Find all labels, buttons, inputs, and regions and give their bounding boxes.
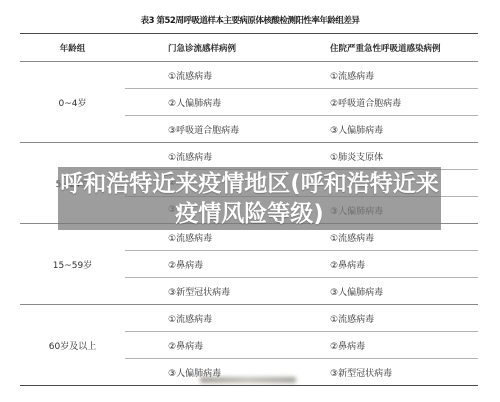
sub-row: ①流感病毒 ①流感病毒 <box>125 62 478 89</box>
col-header-age-group: 年龄组 <box>20 42 125 54</box>
sub-row: ①流感病毒 ①肺炎支原体 <box>125 143 478 170</box>
pathogen-cell: ②鼻病毒 <box>125 339 330 352</box>
sub-row: ②鼻病毒 ②鼻病毒 <box>125 251 478 278</box>
sub-row: ③呼吸道合胞病毒 ③人偏肺病毒 <box>125 116 478 142</box>
watermark-banner: 呼和浩特近来疫情地区(呼和浩特近来 疫情风险等级) <box>58 167 441 230</box>
pathogen-cell: ③呼吸道合胞病毒 <box>125 123 330 136</box>
pathogen-cell: ①流感病毒 <box>125 231 330 244</box>
pathogen-cell: ②鼻病毒 <box>330 339 478 352</box>
sub-row: ①流感病毒 ①流感病毒 <box>125 305 478 332</box>
pathogen-cell: ①流感病毒 <box>125 150 330 163</box>
pathogen-cell: ③新型冠状病毒 <box>125 285 330 298</box>
pathogen-cell: ①流感病毒 <box>330 69 478 82</box>
age-group-label: 15~59岁 <box>20 224 125 304</box>
pathogen-cell: ③新型冠状病毒 <box>330 366 478 379</box>
sub-row: ②鼻病毒 ②鼻病毒 <box>125 332 478 359</box>
sub-row: ③人偏肺病毒 ③新型冠状病毒 <box>125 359 478 385</box>
table-row: 0~4岁 ①流感病毒 ①流感病毒 ②人偏肺病毒 ②呼吸道合胞病毒 ③呼吸道合胞病… <box>20 62 478 143</box>
watermark-text-line1: 呼和浩特近来疫情地区(呼和浩特近来 <box>58 169 441 199</box>
table-row: 60岁及以上 ①流感病毒 ①流感病毒 ②鼻病毒 ②鼻病毒 ③人偏肺病毒 ③新型冠… <box>20 305 478 385</box>
pathogen-cell: ②人偏肺病毒 <box>125 96 330 109</box>
pathogen-cell: ①流感病毒 <box>125 69 330 82</box>
pathogen-cell: ②呼吸道合胞病毒 <box>330 96 478 109</box>
pathogen-cell: ①流感病毒 <box>125 312 330 325</box>
pathogen-cell: ①流感病毒 <box>330 231 478 244</box>
col-header-outpatient-ili: 门急诊流感样病例 <box>125 42 330 54</box>
pathogen-cell: ①肺炎支原体 <box>330 150 478 163</box>
sub-row: ③新型冠状病毒 ③人偏肺病毒 <box>125 278 478 304</box>
col-header-hospitalized-sari: 住院严重急性呼吸道感染病例 <box>330 42 478 54</box>
sub-row: ②人偏肺病毒 ②呼吸道合胞病毒 <box>125 89 478 116</box>
table-title: 表3 第52周呼吸道样本主要病原体核酸检测阳性率年龄组差异 <box>0 14 500 26</box>
age-group-label: 60岁及以上 <box>20 305 125 385</box>
pathogen-cell: ③人偏肺病毒 <box>330 123 478 136</box>
pathogen-cell: ②鼻病毒 <box>330 258 478 271</box>
blur-smudge <box>200 377 296 383</box>
table-header-row: 年龄组 门急诊流感样病例 住院严重急性呼吸道感染病例 <box>20 34 478 62</box>
age-group-label: 0~4岁 <box>20 62 125 142</box>
pathogen-cell: ③人偏肺病毒 <box>330 285 478 298</box>
pathogen-cell: ①流感病毒 <box>330 312 478 325</box>
screenshot-root: 表3 第52周呼吸道样本主要病原体核酸检测阳性率年龄组差异 年龄组 门急诊流感样… <box>0 0 500 402</box>
watermark-text-line2: 疫情风险等级) <box>58 199 441 229</box>
table-row: 15~59岁 ①流感病毒 ①流感病毒 ②鼻病毒 ②鼻病毒 ③新型冠状病毒 ③人偏… <box>20 224 478 305</box>
pathogen-cell: ②鼻病毒 <box>125 258 330 271</box>
